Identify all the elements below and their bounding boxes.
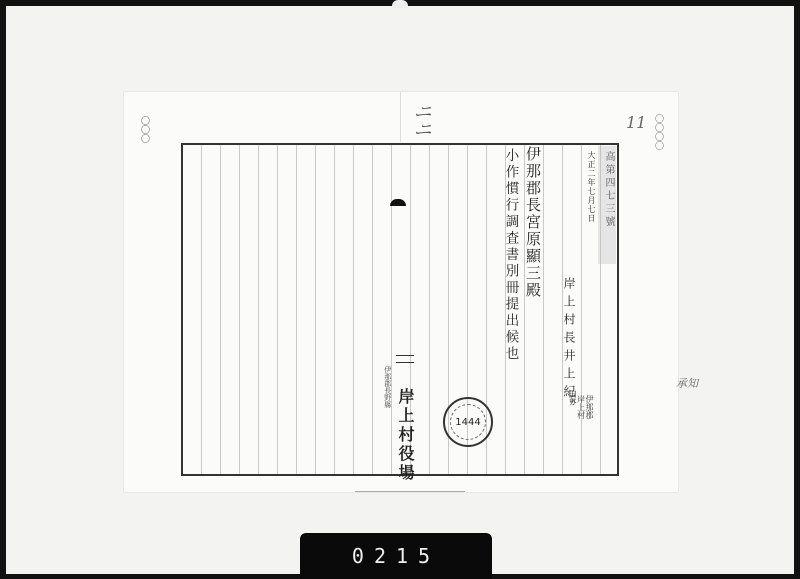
seal-title: 伊那郡 岸上村長: [553, 395, 593, 425]
margin-mark-eleven: 11: [626, 113, 646, 132]
film-notch: [392, 0, 408, 8]
document-number: 高第四七三號: [603, 151, 613, 229]
bottom-rule: [355, 491, 465, 492]
receipt-stamp-number: 1444: [455, 417, 480, 428]
sender-name: 岸上村長井上紀: [563, 277, 575, 403]
office-name: 岸上村役場: [396, 388, 412, 483]
edge-note-right: 〇〇〇〇: [652, 114, 665, 150]
frame-number-label: 0215: [300, 533, 492, 579]
fold-line: [400, 92, 401, 142]
form-center-mark: [390, 199, 406, 206]
receipt-stamp: 1444: [443, 397, 493, 447]
office-subtitle: 伊那郡長野縣: [383, 366, 391, 408]
edge-note-left: 〇〇〇: [138, 116, 151, 143]
subject-line: 小作慣行調査書別冊提出候也: [503, 148, 517, 363]
margin-note-right: 承知: [676, 375, 698, 391]
addressee: 伊那郡長宮原顯三殿: [525, 146, 540, 299]
office-header-rule: [396, 355, 414, 363]
document-date: 大正二年七月七日: [587, 151, 595, 223]
